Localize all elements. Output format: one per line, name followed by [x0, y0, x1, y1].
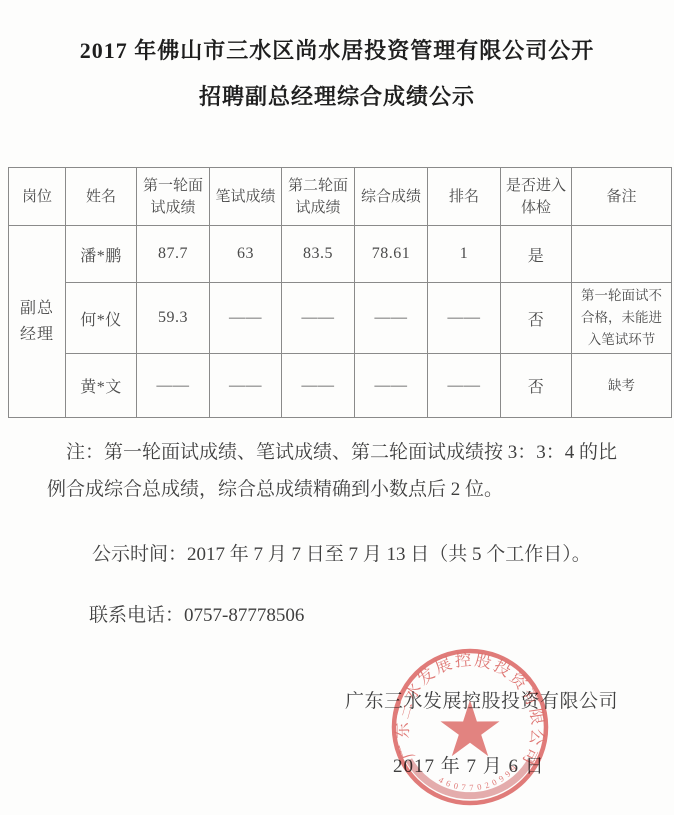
- round2-score-cell: ——: [282, 283, 355, 354]
- written-score-cell: 63: [210, 226, 282, 283]
- header-name: 姓名: [66, 168, 137, 226]
- name-cell: 黄*文: [66, 354, 137, 418]
- position-cell: 副总经理: [9, 226, 66, 418]
- remark-cell: 第一轮面试不合格，未能进入笔试环节: [572, 283, 672, 354]
- header-rank: 排名: [428, 168, 501, 226]
- round2-score-cell: ——: [282, 354, 355, 418]
- header-physical-exam: 是否进入体检: [501, 168, 572, 226]
- remark-cell: 缺考: [572, 354, 672, 418]
- contact-phone-line: 联系电话：0757-87778506: [89, 600, 674, 627]
- header-composite-score: 综合成绩: [355, 168, 428, 226]
- signature-company: 广东三水发展控股投资有限公司: [345, 686, 618, 713]
- header-row: 岗位 姓名 第一轮面试成绩 笔试成绩 第二轮面试成绩 综合成绩 排名 是否进入体…: [9, 168, 672, 226]
- written-score-cell: ——: [210, 354, 282, 418]
- name-cell: 何*仪: [66, 283, 137, 354]
- header-position: 岗位: [9, 168, 66, 226]
- name-cell: 潘*鹏: [66, 226, 137, 283]
- round1-score-cell: 59.3: [137, 283, 210, 354]
- written-score-cell: ——: [210, 283, 282, 354]
- table-row: 副总经理 潘*鹏 87.7 63 83.5 78.61 1 是: [9, 226, 672, 283]
- round1-score-cell: ——: [137, 354, 210, 418]
- physical-exam-cell: 是: [501, 226, 572, 283]
- round1-score-cell: 87.7: [137, 226, 210, 283]
- header-written-score: 笔试成绩: [210, 168, 282, 226]
- rank-cell: ——: [428, 354, 501, 418]
- publicity-period-line: 公示时间：2017 年 7 月 7 日至 7 月 13 日（共 5 个工作日）。: [92, 539, 674, 566]
- company-seal: 广东三水发展控股投资有限公司 46077020999: [385, 642, 555, 812]
- score-table: 岗位 姓名 第一轮面试成绩 笔试成绩 第二轮面试成绩 综合成绩 排名 是否进入体…: [8, 167, 672, 418]
- remark-cell: [572, 226, 672, 283]
- seal-graphic: 广东三水发展控股投资有限公司 46077020999: [385, 642, 555, 812]
- title-line-2: 招聘副总经理综合成绩公示: [0, 74, 674, 120]
- document-page: 2017 年佛山市三水区尚水居投资管理有限公司公开 招聘副总经理综合成绩公示 岗…: [0, 0, 674, 815]
- seal-ring: [394, 651, 546, 803]
- rank-cell: 1: [428, 226, 501, 283]
- physical-exam-cell: 否: [501, 283, 572, 354]
- composite-score-cell: ——: [355, 354, 428, 418]
- announcement-title: 2017 年佛山市三水区尚水居投资管理有限公司公开 招聘副总经理综合成绩公示: [0, 0, 674, 120]
- composite-score-cell: ——: [355, 283, 428, 354]
- header-remark: 备注: [572, 168, 672, 226]
- signature-date: 2017 年 7 月 6 日: [393, 751, 545, 778]
- table-row: 何*仪 59.3 —— —— —— —— 否 第一轮面试不合格，未能进入笔试环节: [9, 283, 672, 354]
- header-round2-score: 第二轮面试成绩: [282, 168, 355, 226]
- composite-score-cell: 78.61: [355, 226, 428, 283]
- title-line-1: 2017 年佛山市三水区尚水居投资管理有限公司公开: [0, 28, 674, 74]
- table-row: 黄*文 —— —— —— —— —— 否 缺考: [9, 354, 672, 418]
- rank-cell: ——: [428, 283, 501, 354]
- header-round1-score: 第一轮面试成绩: [137, 168, 210, 226]
- physical-exam-cell: 否: [501, 354, 572, 418]
- note-paragraph: 注：第一轮面试成绩、笔试成绩、第二轮面试成绩按 3：3：4 的比例合成综合总成绩…: [47, 434, 625, 508]
- round2-score-cell: 83.5: [282, 226, 355, 283]
